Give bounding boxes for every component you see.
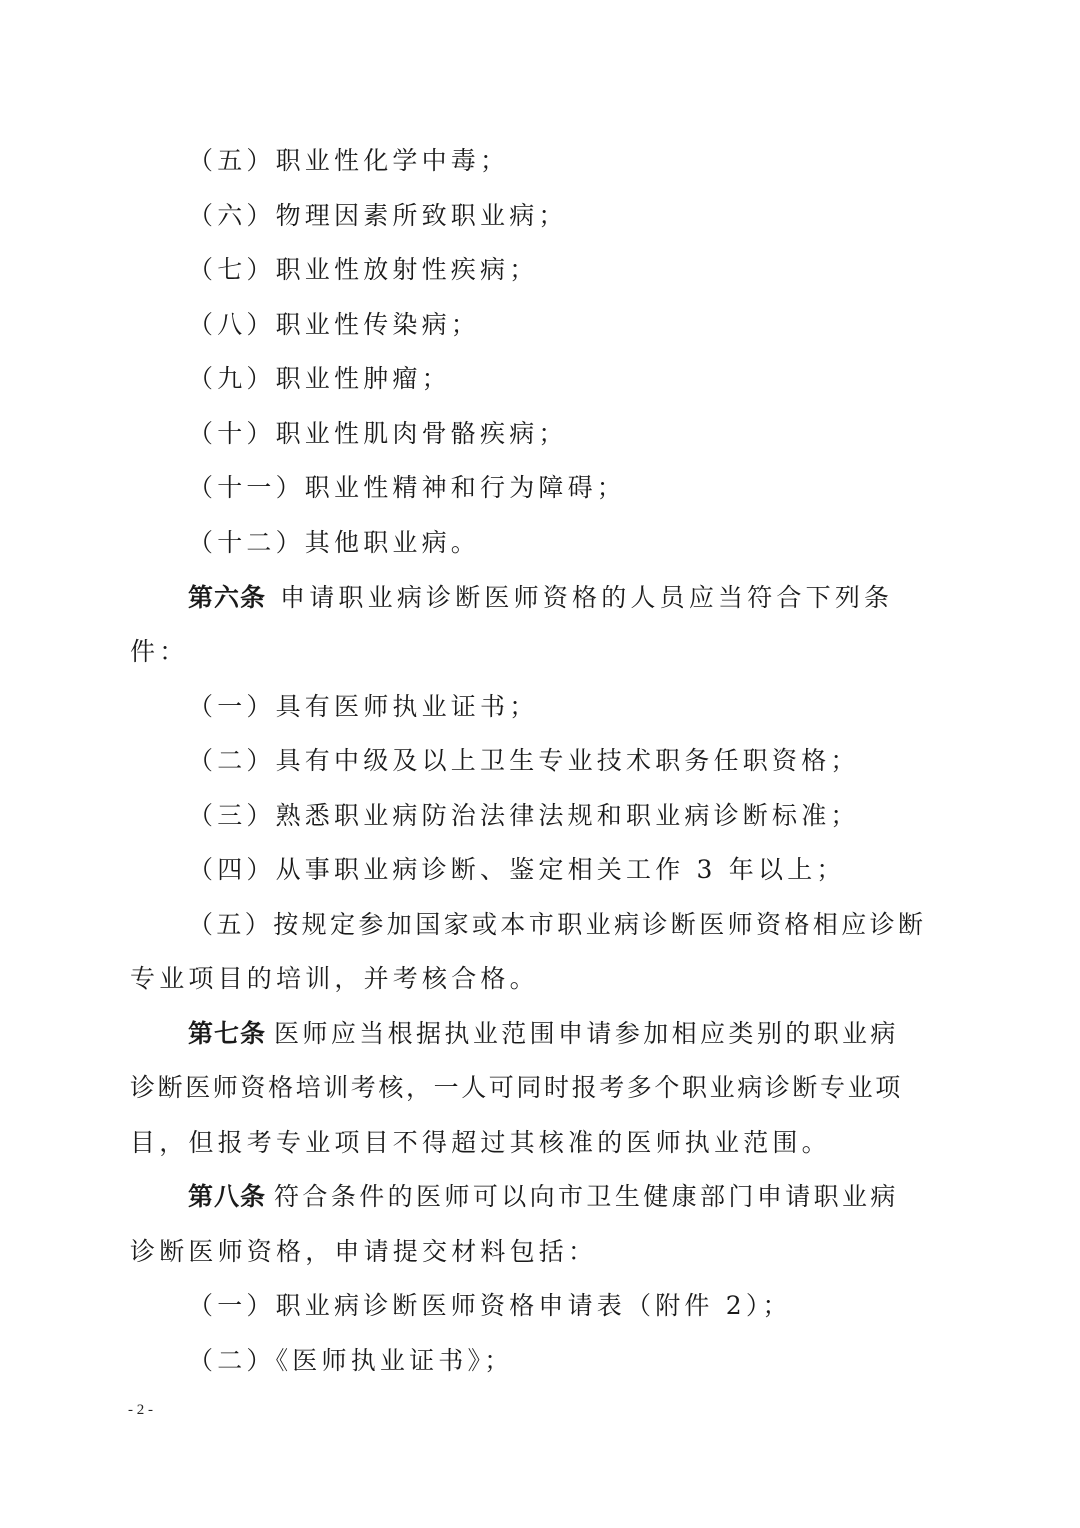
list-item: （三）熟悉职业病防治法律法规和职业病诊断标准； bbox=[188, 796, 1010, 836]
article-7-text-cont: 诊断医师资格培训考核，一人可同时报考多个职业病诊断专业项 bbox=[130, 1068, 952, 1108]
list-item: （四）从事职业病诊断、鉴定相关工作 3 年以上； bbox=[188, 850, 1010, 890]
article-6-heading: 第六条 bbox=[188, 583, 266, 612]
list-item: （五）职业性化学中毒； bbox=[188, 141, 1010, 181]
article-6-text: 申请职业病诊断医师资格的人员应当符合下列条 bbox=[280, 583, 893, 612]
article-7-text: 医师应当根据执业范围申请参加相应类别的职业病 bbox=[274, 1019, 899, 1048]
list-item: （十一）职业性精神和行为障碍； bbox=[188, 468, 1010, 508]
list-item: （一）具有医师执业证书； bbox=[188, 687, 1010, 727]
article-6-text-cont: 件： bbox=[130, 632, 952, 672]
article-8-text: 符合条件的医师可以向市卫生健康部门申请职业病 bbox=[274, 1182, 899, 1211]
article-8-paragraph: 第八条符合条件的医师可以向市卫生健康部门申请职业病 bbox=[188, 1177, 952, 1217]
list-item: （五）按规定参加国家或本市职业病诊断医师资格相应诊断 bbox=[188, 905, 952, 945]
list-item: （二）《医师执业证书》； bbox=[188, 1341, 1010, 1381]
list-item: （九）职业性肿瘤； bbox=[188, 359, 1010, 399]
list-item: （二）具有中级及以上卫生专业技术职务任职资格； bbox=[188, 741, 1010, 781]
article-8-heading: 第八条 bbox=[188, 1182, 266, 1211]
list-item: （十）职业性肌肉骨骼疾病； bbox=[188, 414, 1010, 454]
article-8-text-cont: 诊断医师资格，申请提交材料包括： bbox=[130, 1232, 952, 1272]
list-item-cont: 专业项目的培训，并考核合格。 bbox=[130, 959, 952, 999]
article-7-heading: 第七条 bbox=[188, 1019, 266, 1048]
article-7-paragraph: 第七条医师应当根据执业范围申请参加相应类别的职业病 bbox=[188, 1014, 952, 1054]
list-item: （十二）其他职业病。 bbox=[188, 523, 1010, 563]
list-item: （八）职业性传染病； bbox=[188, 305, 1010, 345]
document-page: （五）职业性化学中毒； （六）物理因素所致职业病； （七）职业性放射性疾病； （… bbox=[0, 0, 1080, 1528]
list-item: （六）物理因素所致职业病； bbox=[188, 196, 1010, 236]
article-6-paragraph: 第六条申请职业病诊断医师资格的人员应当符合下列条 bbox=[188, 578, 952, 618]
list-item: （七）职业性放射性疾病； bbox=[188, 250, 1010, 290]
list-item: （一）职业病诊断医师资格申请表（附件 2）； bbox=[188, 1286, 1010, 1326]
page-number: - 2 - bbox=[128, 1400, 153, 1420]
article-7-text-cont: 目，但报考专业项目不得超过其核准的医师执业范围。 bbox=[130, 1123, 952, 1163]
